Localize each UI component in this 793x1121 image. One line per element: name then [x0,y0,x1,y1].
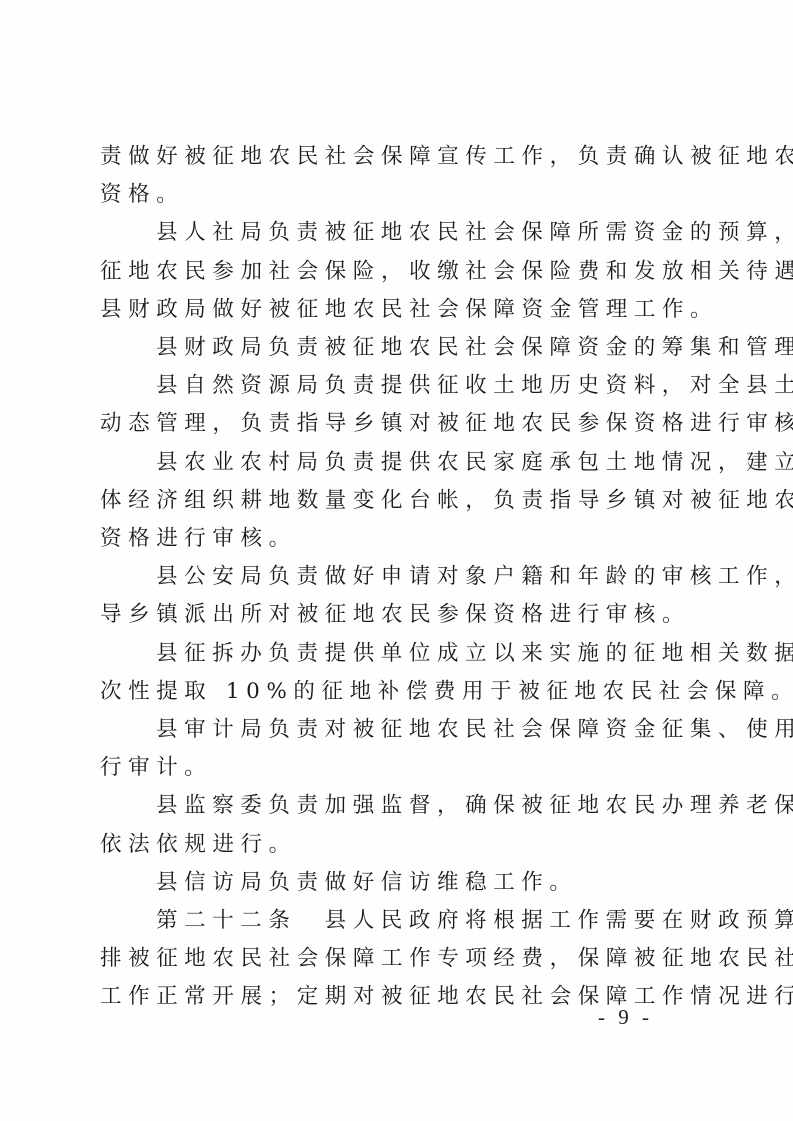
text-line: 行审计。 [100,749,696,787]
paragraph-article-22: 第二十二条 县人民政府将根据工作需要在财政预算中安 排被征地农民社会保障工作专项… [100,902,696,1017]
text-line: 县公安局负责做好申请对象户籍和年龄的审核工作，负责指 [100,558,696,596]
text-line: 依法依规进行。 [100,826,696,864]
text-line: 县审计局负责对被征地农民社会保障资金征集、使用情况进 [100,711,696,749]
text-line: 第二十二条 县人民政府将根据工作需要在财政预算中安 [100,902,696,940]
paragraph-natural-resources-bureau: 县自然资源局负责提供征收土地历史资料，对全县土地实行 动态管理，负责指导乡镇对被… [100,367,696,443]
text-line: 体经济组织耕地数量变化台帐，负责指导乡镇对被征地农民参保 [100,482,696,520]
document-page: 责做好被征地农民社会保障宣传工作，负责确认被征地农民参保 资格。 县人社局负责被… [0,0,793,1121]
paragraph-hrss-bureau: 县人社局负责被征地农民社会保障所需资金的预算，组织被 征地农民参加社会保险，收缴… [100,214,696,329]
text-line: 导乡镇派出所对被征地农民参保资格进行审核。 [100,596,696,634]
paragraph-petition-bureau: 县信访局负责做好信访维稳工作。 [100,864,696,902]
text-line: 征地农民参加社会保险，收缴社会保险费和发放相关待遇，协同 [100,253,696,291]
paragraph-audit-bureau: 县审计局负责对被征地农民社会保障资金征集、使用情况进 行审计。 [100,711,696,787]
text-line: 县人社局负责被征地农民社会保障所需资金的预算，组织被 [100,214,696,252]
text-line: 县财政局做好被征地农民社会保障资金管理工作。 [100,291,696,329]
text-line: 县自然资源局负责提供征收土地历史资料，对全县土地实行 [100,367,696,405]
text-line: 责做好被征地农民社会保障宣传工作，负责确认被征地农民参保 [100,138,696,176]
text-line: 县财政局负责被征地农民社会保障资金的筹集和管理工作。 [100,329,696,367]
text-line: 县农业农村局负责提供农民家庭承包土地情况，建立农村集 [100,444,696,482]
paragraph-finance-bureau: 县财政局负责被征地农民社会保障资金的筹集和管理工作。 [100,329,696,367]
text-line: 资格进行审核。 [100,520,696,558]
paragraph-continued-publicity: 责做好被征地农民社会保障宣传工作，负责确认被征地农民参保 资格。 [100,138,696,214]
text-line: 动态管理，负责指导乡镇对被征地农民参保资格进行审核。 [100,405,696,443]
text-line: 排被征地农民社会保障工作专项经费，保障被征地农民社会保障 [100,940,696,978]
document-body: 责做好被征地农民社会保障宣传工作，负责确认被征地农民参保 资格。 县人社局负责被… [100,138,696,1017]
paragraph-agriculture-bureau: 县农业农村局负责提供农民家庭承包土地情况，建立农村集 体经济组织耕地数量变化台帐… [100,444,696,559]
paragraph-supervisory-commission: 县监察委负责加强监督，确保被征地农民办理养老保险工作 依法依规进行。 [100,787,696,863]
text-line: 县征拆办负责提供单位成立以来实施的征地相关数据和一 [100,635,696,673]
text-line: 县信访局负责做好信访维稳工作。 [100,864,696,902]
paragraph-land-acquisition-office: 县征拆办负责提供单位成立以来实施的征地相关数据和一 次性提取 10%的征地补偿费… [100,635,696,711]
paragraph-public-security-bureau: 县公安局负责做好申请对象户籍和年龄的审核工作，负责指 导乡镇派出所对被征地农民参… [100,558,696,634]
page-number: - 9 - [598,1005,653,1030]
text-line: 资格。 [100,176,696,214]
text-line: 次性提取 10%的征地补偿费用于被征地农民社会保障。 [100,673,696,711]
text-line: 县监察委负责加强监督，确保被征地农民办理养老保险工作 [100,787,696,825]
